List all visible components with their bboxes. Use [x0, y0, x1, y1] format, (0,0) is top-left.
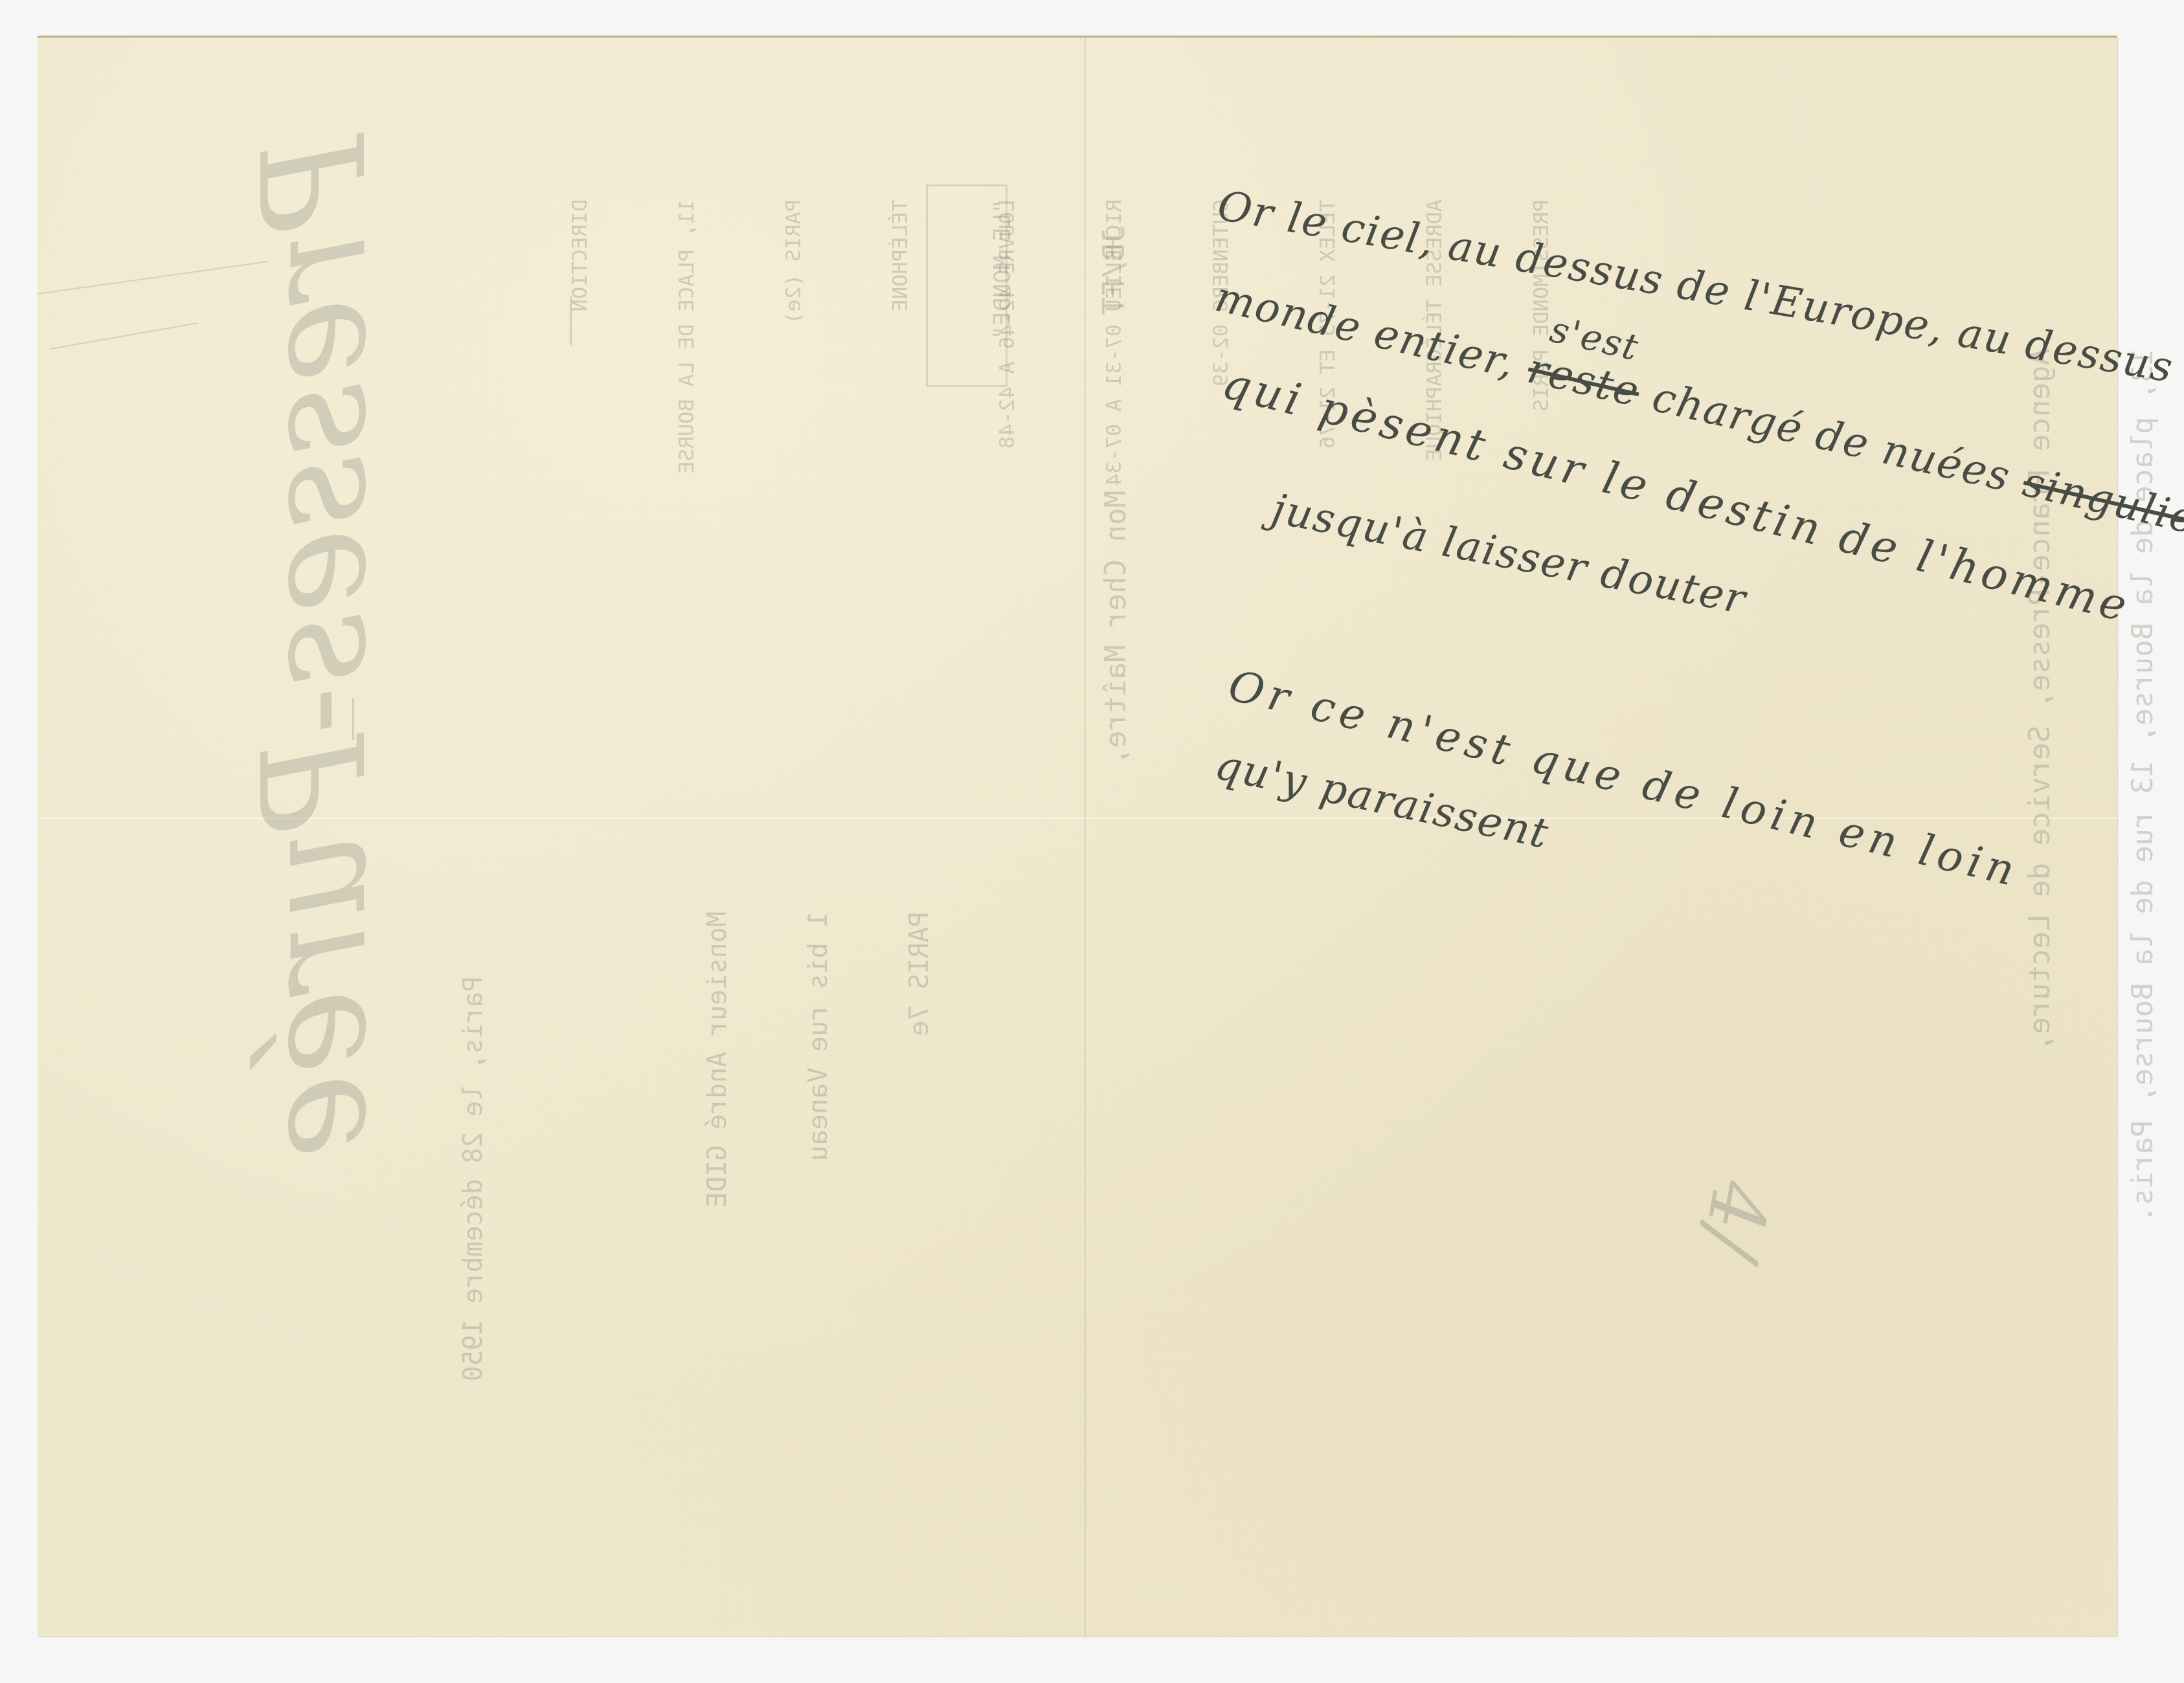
bleed-line: PARIS 7e [903, 911, 936, 1208]
bleed-line: GUTENBERG 02-39 [1203, 199, 1239, 486]
bleed-line: Monsieur André GIDE [701, 911, 734, 1208]
bleed-rule [352, 698, 354, 740]
bleed-recipient: Monsieur André GIDE 1 bis rue Vaneau PAR… [633, 911, 1004, 1208]
pencil-page-mark: 4/ [1684, 1174, 1786, 1264]
bleed-ref: JB/FT [1096, 225, 1131, 315]
bleed-rule [570, 296, 572, 345]
corner-crease [51, 322, 197, 350]
bleed-line: TÉLÉPHONE [883, 199, 918, 486]
bleed-letterhead-script: Presses-Purée [232, 135, 398, 1159]
letter-sheet: Presses-Purée DIRECTION 11, PLACE DE LA … [38, 38, 2117, 1636]
bleed-date: Paris, le 28 décembre 1950 [458, 976, 488, 1381]
bleed-line: 1 bis rue Vaneau [802, 911, 835, 1208]
bleed-salutation: Mon Cher Maître, [1099, 491, 1132, 765]
bleed-letterhead-box-text: "LE MONDE" [989, 199, 1016, 340]
bleed-line: DIRECTION [562, 199, 598, 486]
bleed-line: PARIS (2e) [776, 199, 811, 486]
bleed-line: 11, PLACE DE LA BOURSE [669, 199, 704, 486]
